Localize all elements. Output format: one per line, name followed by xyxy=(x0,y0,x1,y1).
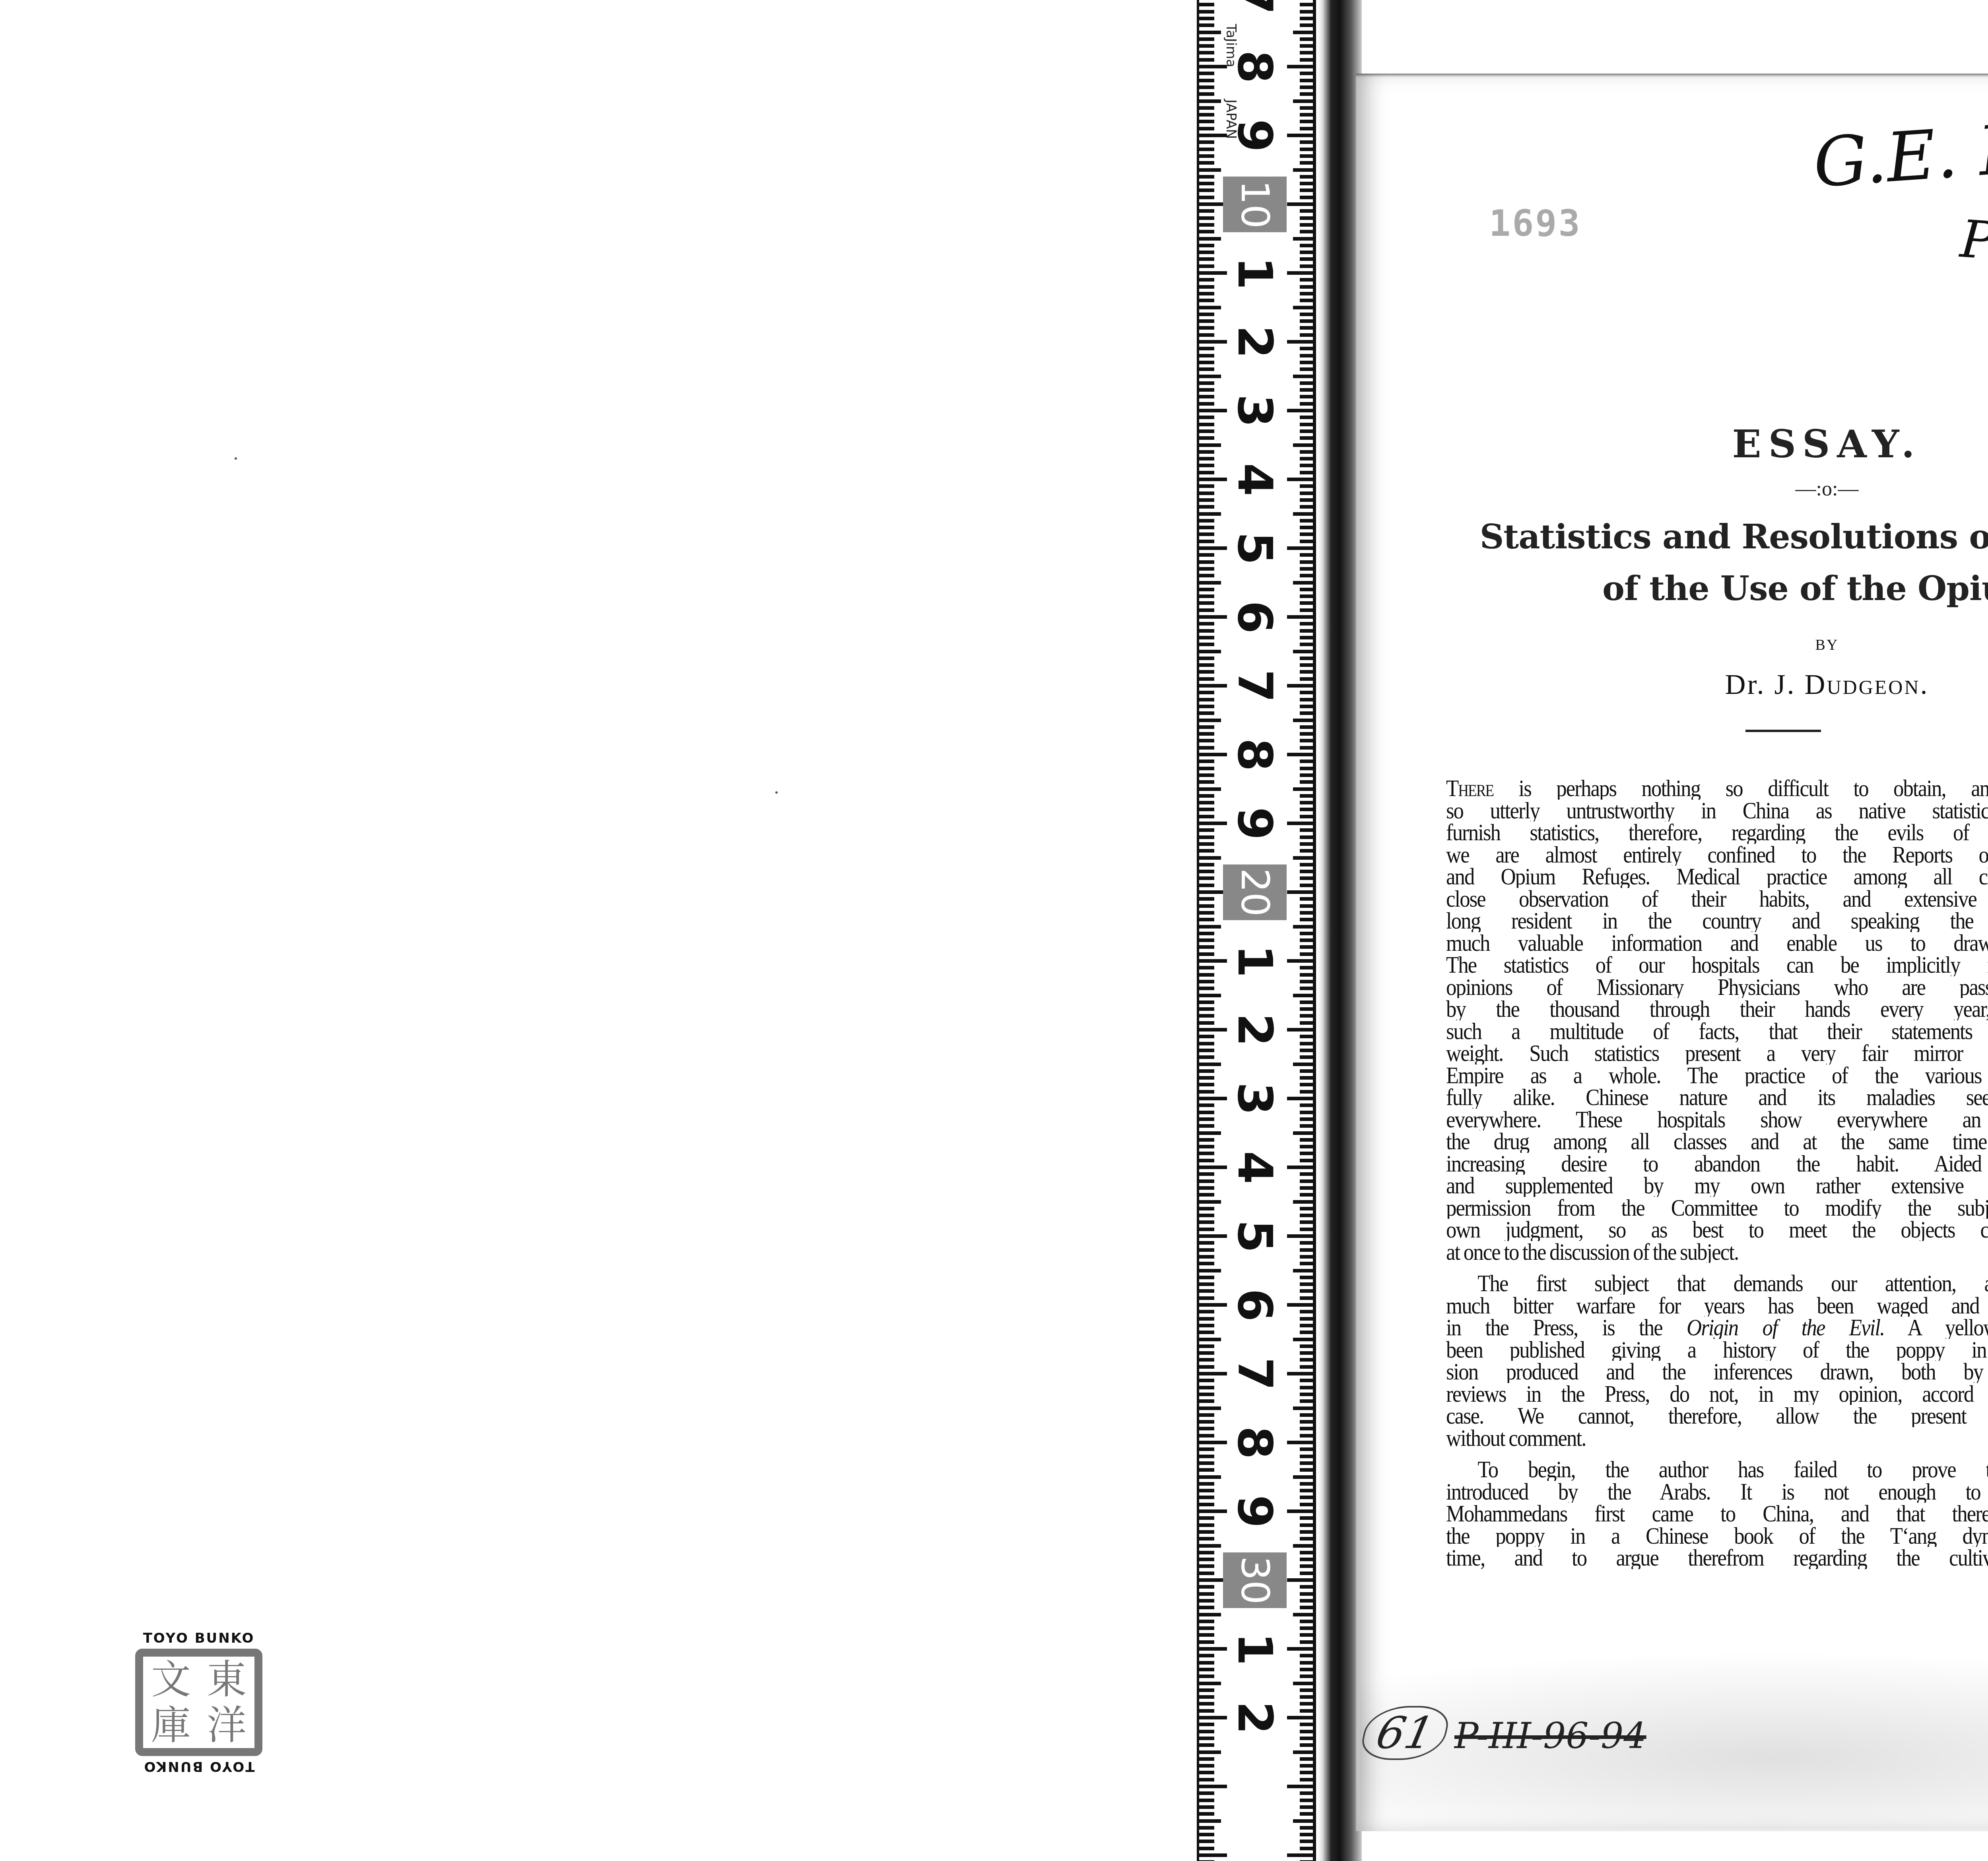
ruler-tick xyxy=(1300,319,1313,323)
ruler-tick xyxy=(1199,72,1214,75)
ruler-tick xyxy=(1199,938,1214,942)
ruler-tick xyxy=(1199,1179,1214,1183)
ruler-tick xyxy=(1300,739,1313,742)
ruler-tick xyxy=(1300,1606,1313,1609)
ruler-tick xyxy=(1199,1654,1214,1657)
ruler-tick xyxy=(1300,1461,1313,1465)
ruler-tick xyxy=(1199,1131,1221,1135)
ruler-number: 8 xyxy=(1223,39,1287,95)
ruler-tick xyxy=(1287,134,1313,137)
ruler-tick xyxy=(1199,1537,1214,1540)
ruler-tick xyxy=(1199,1682,1221,1685)
ruler-tick xyxy=(1199,436,1214,440)
ruler-tick xyxy=(1199,574,1214,577)
ruler-tick xyxy=(1199,1427,1214,1430)
ruler-tick xyxy=(1199,828,1214,832)
ruler-tick xyxy=(1199,1447,1214,1451)
ruler-tick xyxy=(1300,333,1313,337)
ruler-tick xyxy=(1300,264,1313,268)
ruler-tick xyxy=(1300,51,1313,54)
ruler-tick xyxy=(1300,72,1313,75)
ruler-tick xyxy=(1300,1296,1313,1300)
divider-rule xyxy=(1745,730,1821,732)
measuring-ruler: TaJima JAPAN 789101234567892012345678930… xyxy=(1197,0,1316,1861)
ruler-number: 4 xyxy=(1223,1140,1287,1195)
ruler-number: 5 xyxy=(1223,1208,1287,1264)
ruler-tick xyxy=(1293,168,1313,172)
ruler-tick xyxy=(1199,1626,1214,1630)
ruler-tick xyxy=(1300,58,1313,62)
ruler-tick xyxy=(1293,1338,1313,1341)
ruler-tick xyxy=(1199,10,1214,14)
ruler-tick xyxy=(1300,897,1313,901)
ruler-tick xyxy=(1300,842,1313,846)
ruler-tick xyxy=(1199,760,1214,763)
ruler-tick xyxy=(1293,1819,1313,1823)
ruler-tick xyxy=(1199,333,1214,337)
ruler-number: 7 xyxy=(1223,1346,1287,1402)
ruler-tick xyxy=(1199,1351,1214,1355)
ruler-number: 8 xyxy=(1223,727,1287,783)
ruler-tick xyxy=(1300,278,1313,282)
ruler-tick xyxy=(1199,1475,1221,1479)
ruler-tick xyxy=(1300,230,1313,233)
ruler-tick xyxy=(1300,884,1313,887)
text-line: everywhere. These hospitals show everywh… xyxy=(1446,1109,1988,1131)
ruler-tick xyxy=(1300,1778,1313,1781)
ruler-tick xyxy=(1199,1214,1214,1217)
ruler-tick xyxy=(1300,347,1313,350)
text-line: The statistics of our hospitals can be i… xyxy=(1446,954,1988,976)
ruler-tick xyxy=(1300,643,1313,646)
paragraph-gap xyxy=(1446,1449,1988,1459)
ruler-tick xyxy=(1199,148,1214,151)
ruler-tick xyxy=(1300,1282,1313,1286)
ruler-tick xyxy=(1300,1186,1313,1190)
ruler-tick xyxy=(1300,464,1313,467)
ruler-tick xyxy=(1300,1447,1313,1451)
ruler-tick xyxy=(1300,450,1313,454)
ruler-tick xyxy=(1300,209,1313,213)
ruler-tick xyxy=(1300,1124,1313,1128)
ruler-tick xyxy=(1199,994,1221,997)
ruler-tick xyxy=(1199,849,1214,853)
ruler-tick xyxy=(1199,842,1214,846)
ruler-tick xyxy=(1199,588,1214,591)
ruler-tick xyxy=(1199,932,1214,935)
ruler-number: 3 xyxy=(1223,1071,1287,1127)
ruler-tick xyxy=(1199,244,1214,247)
ruler-tick xyxy=(1300,1626,1313,1630)
speck xyxy=(775,791,778,794)
ruler-tick xyxy=(1300,1069,1313,1073)
text-line: introduced by the Arabs. It is not enoug… xyxy=(1446,1481,1988,1503)
ruler-tick xyxy=(1300,801,1313,804)
ruler-tick xyxy=(1300,388,1313,392)
ruler-tick xyxy=(1199,1702,1214,1706)
ruler-tick xyxy=(1293,1544,1313,1548)
ruler-number: 9 xyxy=(1223,1484,1287,1539)
ruler-tick xyxy=(1300,23,1313,27)
ruler-tick xyxy=(1199,292,1214,295)
ruler-tick xyxy=(1199,952,1214,956)
ruler-tick xyxy=(1300,313,1313,316)
ruler-tick xyxy=(1300,140,1313,144)
ruler-tick xyxy=(1199,299,1214,302)
ruler-tick xyxy=(1199,1172,1214,1176)
ruler-tick xyxy=(1300,1255,1313,1259)
ruler-tick xyxy=(1199,1482,1214,1486)
ruler-tick xyxy=(1300,429,1313,433)
ruler-tick xyxy=(1199,1406,1221,1410)
ruler-tick xyxy=(1199,1764,1214,1768)
ruler-tick xyxy=(1300,532,1313,536)
ruler-tick xyxy=(1300,1076,1313,1080)
text-line: long resident in the country and speakin… xyxy=(1446,910,1988,932)
ruler-tick xyxy=(1300,863,1313,866)
ruler-tick xyxy=(1199,1021,1214,1025)
ruler-tick xyxy=(1199,285,1214,289)
ruler-tick xyxy=(1199,1805,1214,1809)
ruler-tick xyxy=(1199,1771,1214,1774)
ruler-tick xyxy=(1300,1551,1313,1554)
ruler-tick xyxy=(1199,746,1214,750)
text-line: without comment. xyxy=(1446,1427,1988,1449)
ruler-tick xyxy=(1300,1503,1313,1506)
ruler-tick xyxy=(1300,1482,1313,1486)
ruler-tick xyxy=(1300,436,1313,440)
ruler-tick xyxy=(1287,615,1313,619)
ruler-tick xyxy=(1293,1269,1313,1272)
ruler-tick xyxy=(1293,925,1313,929)
ruler-tick xyxy=(1199,884,1214,887)
ruler-tick xyxy=(1199,1289,1214,1293)
ruler-tick xyxy=(1300,44,1313,48)
ruler-tick xyxy=(1293,375,1313,378)
ruler-tick xyxy=(1300,1248,1313,1252)
ruler-tick xyxy=(1300,1812,1313,1816)
ruler-tick xyxy=(1300,1799,1313,1802)
ruler-tick xyxy=(1199,1461,1214,1465)
ruler-tick xyxy=(1300,760,1313,763)
ruler-tick xyxy=(1300,918,1313,921)
ruler-tick xyxy=(1199,698,1214,701)
ruler-tick xyxy=(1300,148,1313,151)
ruler-tick xyxy=(1199,1296,1214,1300)
ruler-tick xyxy=(1199,1386,1214,1389)
ruler-number: 6 xyxy=(1223,1277,1287,1333)
ruler-tick xyxy=(1199,512,1221,516)
ruler-tick xyxy=(1300,828,1313,832)
ruler-tick xyxy=(1199,1413,1214,1417)
stamped-catalog-number: 1693 xyxy=(1489,203,1582,245)
ruler-tick xyxy=(1300,1310,1313,1313)
ruler-tick xyxy=(1300,85,1313,89)
text-line: weight. Such statistics present a very f… xyxy=(1446,1042,1988,1065)
ruler-tick xyxy=(1199,1572,1214,1575)
ruler-tick xyxy=(1199,402,1214,406)
ruler-tick xyxy=(1199,1145,1214,1148)
ruler-tick xyxy=(1199,443,1221,447)
ruler-tick xyxy=(1300,601,1313,605)
ruler-tick xyxy=(1287,1166,1313,1169)
ruler-tick xyxy=(1199,1833,1214,1836)
ruler-tick xyxy=(1300,767,1313,770)
text-line: and supplemented by my own rather extens… xyxy=(1446,1175,1988,1197)
ruler-tick xyxy=(1287,546,1313,550)
ruler-tick xyxy=(1199,560,1214,564)
ruler-tick xyxy=(1300,1021,1313,1025)
ruler-tick xyxy=(1199,911,1214,915)
ruler-number: 3 xyxy=(1223,383,1287,439)
ruler-tick xyxy=(1199,1117,1214,1121)
ruler-tick xyxy=(1199,1269,1221,1272)
ruler-tick xyxy=(1199,1558,1214,1561)
ruler-tick xyxy=(1300,1042,1313,1045)
ruler-tick xyxy=(1300,1159,1313,1162)
ruler-tick xyxy=(1199,1530,1214,1534)
ruler-tick xyxy=(1287,890,1313,894)
ruler-tick xyxy=(1199,188,1214,192)
ruler-tick xyxy=(1300,1695,1313,1699)
ruler-tick xyxy=(1300,973,1313,977)
ruler-tick xyxy=(1199,1551,1214,1554)
ruler-tick xyxy=(1293,856,1313,860)
ruler-tick xyxy=(1300,223,1313,227)
ruler-tick xyxy=(1199,739,1214,742)
ruler-tick xyxy=(1199,1750,1221,1754)
ruler-tick xyxy=(1300,987,1313,990)
ruler-tick xyxy=(1199,127,1214,130)
ruler-tick xyxy=(1287,1234,1313,1238)
ruler-tick xyxy=(1293,1200,1313,1204)
text-line: by the thousand through their hands ever… xyxy=(1446,998,1988,1020)
ruler-tick xyxy=(1300,1193,1313,1197)
ruler-tick xyxy=(1300,705,1313,708)
ruler-tick xyxy=(1199,1791,1214,1795)
ruler-tick xyxy=(1300,952,1313,956)
ruler-tick xyxy=(1199,608,1214,612)
ruler-tick xyxy=(1300,945,1313,949)
ruler-tick xyxy=(1300,1228,1313,1231)
ruler-tick xyxy=(1300,1145,1313,1148)
text-line: There is perhaps nothing so difficult to… xyxy=(1446,777,1988,800)
ruler-tick xyxy=(1199,1585,1214,1589)
ruler-tick xyxy=(1300,1709,1313,1713)
ruler-tick xyxy=(1300,1324,1313,1327)
ruler-tick xyxy=(1199,677,1214,681)
seal-characters: 文 東 庫 洋 xyxy=(135,1649,262,1756)
ruler-number: 9 xyxy=(1223,108,1287,163)
ruler-tick xyxy=(1300,1351,1313,1355)
ruler-tick xyxy=(1300,588,1313,591)
ruler-tick xyxy=(1300,257,1313,261)
ruler-number: 1 xyxy=(1223,245,1287,301)
ruler-tick xyxy=(1300,1055,1313,1059)
ruler-tick xyxy=(1199,705,1214,708)
ruler-tick xyxy=(1300,711,1313,715)
ruler-tick xyxy=(1199,1248,1214,1252)
ruler-tick xyxy=(1300,629,1313,633)
ruler-tick xyxy=(1300,1668,1313,1671)
ruler-tick xyxy=(1300,113,1313,117)
ruler-tick xyxy=(1293,1750,1313,1754)
ruler-tick xyxy=(1199,1276,1214,1279)
ruler-tick xyxy=(1300,361,1313,364)
text-line: furnish statistics, therefore, regarding… xyxy=(1446,822,1988,844)
ruler-tick xyxy=(1293,1131,1313,1135)
ruler-tick xyxy=(1300,299,1313,302)
ruler-tick xyxy=(1300,1558,1313,1561)
ruler-tick xyxy=(1199,361,1214,364)
ruler-tick xyxy=(1199,1847,1214,1850)
ruler-tick xyxy=(1287,271,1313,275)
ruler-tick xyxy=(1199,1695,1214,1699)
ruler-tick xyxy=(1300,491,1313,495)
ruler-tick xyxy=(1199,23,1214,27)
ruler-tick xyxy=(1300,526,1313,529)
author-surname: Dudgeon. xyxy=(1804,668,1929,700)
ruler-tick xyxy=(1199,1310,1214,1313)
ruler-tick xyxy=(1199,663,1214,667)
ruler-tick xyxy=(1300,17,1313,20)
ruler-tick xyxy=(1300,553,1313,557)
ruler-tick xyxy=(1287,65,1313,68)
paragraph-gap xyxy=(1446,1263,1988,1272)
ruler-tick xyxy=(1199,794,1214,798)
ruler-tick xyxy=(1199,1489,1214,1492)
ruler-tick xyxy=(1199,519,1214,523)
ruler-tick xyxy=(1300,1399,1313,1403)
ruler-tick xyxy=(1199,1606,1214,1609)
ruler-tick xyxy=(1300,498,1313,502)
ruler-tick xyxy=(1300,161,1313,165)
text-line: reviews in the Press, do not, in my opin… xyxy=(1446,1383,1988,1405)
ruler-tick xyxy=(1287,1303,1313,1307)
ruler-tick xyxy=(1300,1344,1313,1348)
ruler-tick xyxy=(1199,1757,1214,1761)
ruler-tick xyxy=(1199,1723,1214,1726)
ruler-tick xyxy=(1199,182,1214,185)
ruler-tick xyxy=(1287,1853,1313,1857)
ruler-tick xyxy=(1199,1544,1221,1548)
ruler-tick xyxy=(1300,670,1313,674)
ruler-number: 2 xyxy=(1223,314,1287,370)
ruler-tick xyxy=(1199,835,1214,839)
ruler-tick xyxy=(1199,1730,1214,1733)
ruler-tick xyxy=(1199,1324,1214,1327)
ruler-tick xyxy=(1199,264,1214,268)
ruler-tick xyxy=(1300,1757,1313,1761)
ruler-tick xyxy=(1293,443,1313,447)
ruler-tick xyxy=(1199,484,1214,488)
ruler-tick xyxy=(1199,1399,1214,1403)
ruler-tick xyxy=(1199,643,1214,646)
text-line: we are almost entirely confined to the R… xyxy=(1446,844,1988,866)
ruler-tick xyxy=(1199,1393,1214,1396)
ruler-tick xyxy=(1300,608,1313,612)
text-line: time, and to argue therefrom regarding t… xyxy=(1446,1547,1988,1569)
ruler-tick xyxy=(1300,870,1313,873)
ruler-tick xyxy=(1300,1468,1313,1472)
ruler-tick xyxy=(1199,1049,1214,1052)
ruler-tick xyxy=(1300,663,1313,667)
ruler-tick xyxy=(1199,1111,1214,1114)
ruler-tick xyxy=(1300,367,1313,371)
ruler-tick xyxy=(1300,395,1313,398)
ruler-tick xyxy=(1199,1799,1214,1802)
ruler-tick xyxy=(1199,230,1214,233)
ruler-tick xyxy=(1199,1186,1214,1190)
ruler-tick xyxy=(1199,120,1214,123)
ruler-tick xyxy=(1300,732,1313,736)
ruler-tick xyxy=(1287,959,1313,963)
struck-shelf-mark: P-III-96-94 xyxy=(1454,1715,1646,1757)
ruler-tick xyxy=(1199,1675,1214,1678)
ruler-tick xyxy=(1199,1338,1221,1341)
ruler-tick xyxy=(1199,306,1221,309)
ruler-tick xyxy=(1199,567,1214,571)
ruler-tick xyxy=(1199,44,1214,48)
ruler-tick xyxy=(1300,3,1313,6)
ruler-tick xyxy=(1199,367,1214,371)
ruler-tick xyxy=(1300,1743,1313,1747)
ruler-tick xyxy=(1199,581,1221,585)
ruler-tick xyxy=(1300,92,1313,96)
ruler-tick xyxy=(1199,1516,1214,1520)
ruler-number: 4 xyxy=(1223,452,1287,507)
ruler-tick xyxy=(1300,1103,1313,1107)
ruler-tick xyxy=(1199,1207,1214,1210)
author: Dr. J. Dudgeon. xyxy=(1447,668,1988,701)
ruler-tick xyxy=(1300,1640,1313,1644)
ruler-tick xyxy=(1300,938,1313,942)
ruler-tick xyxy=(1300,1654,1313,1657)
ruler-tick xyxy=(1199,1523,1214,1527)
ruler-tick xyxy=(1300,1847,1313,1850)
ruler-tick xyxy=(1300,746,1313,750)
ruler-tick xyxy=(1199,381,1214,385)
text-line: much bitter warfare for years has been w… xyxy=(1446,1295,1988,1317)
ruler-tick xyxy=(1300,1530,1313,1534)
ruler-tick xyxy=(1287,1372,1313,1375)
ruler-number: 7 xyxy=(1223,0,1287,26)
ruler-tick xyxy=(1300,691,1313,694)
text-line: the poppy in a Chinese book of the T‘ang… xyxy=(1446,1525,1988,1547)
ruler-tick xyxy=(1300,677,1313,681)
ruler-tick xyxy=(1199,532,1214,536)
text-line: the drug among all classes and at the sa… xyxy=(1446,1131,1988,1153)
ruler-tick xyxy=(1300,251,1313,254)
ruler-tick xyxy=(1293,1475,1313,1479)
ruler-tick xyxy=(1199,423,1214,426)
ruler-tick xyxy=(1287,1509,1313,1513)
ruler-tick xyxy=(1199,1193,1214,1197)
ruler-tick xyxy=(1199,1000,1214,1004)
ruler-tick xyxy=(1199,113,1214,117)
ruler-tick xyxy=(1300,849,1313,853)
ruler-tick xyxy=(1199,925,1221,929)
ruler-tick xyxy=(1300,1152,1313,1155)
ruler-tick xyxy=(1199,1853,1227,1857)
ruler-number: 1 xyxy=(1223,1621,1287,1677)
ruler-number: 30 xyxy=(1223,1552,1287,1608)
ruler-tick xyxy=(1300,1805,1313,1809)
ruler-tick xyxy=(1300,457,1313,460)
ruler-tick xyxy=(1199,719,1221,722)
ruler-tick xyxy=(1300,911,1313,915)
text-line: The first subject that demands our atten… xyxy=(1446,1272,1988,1295)
